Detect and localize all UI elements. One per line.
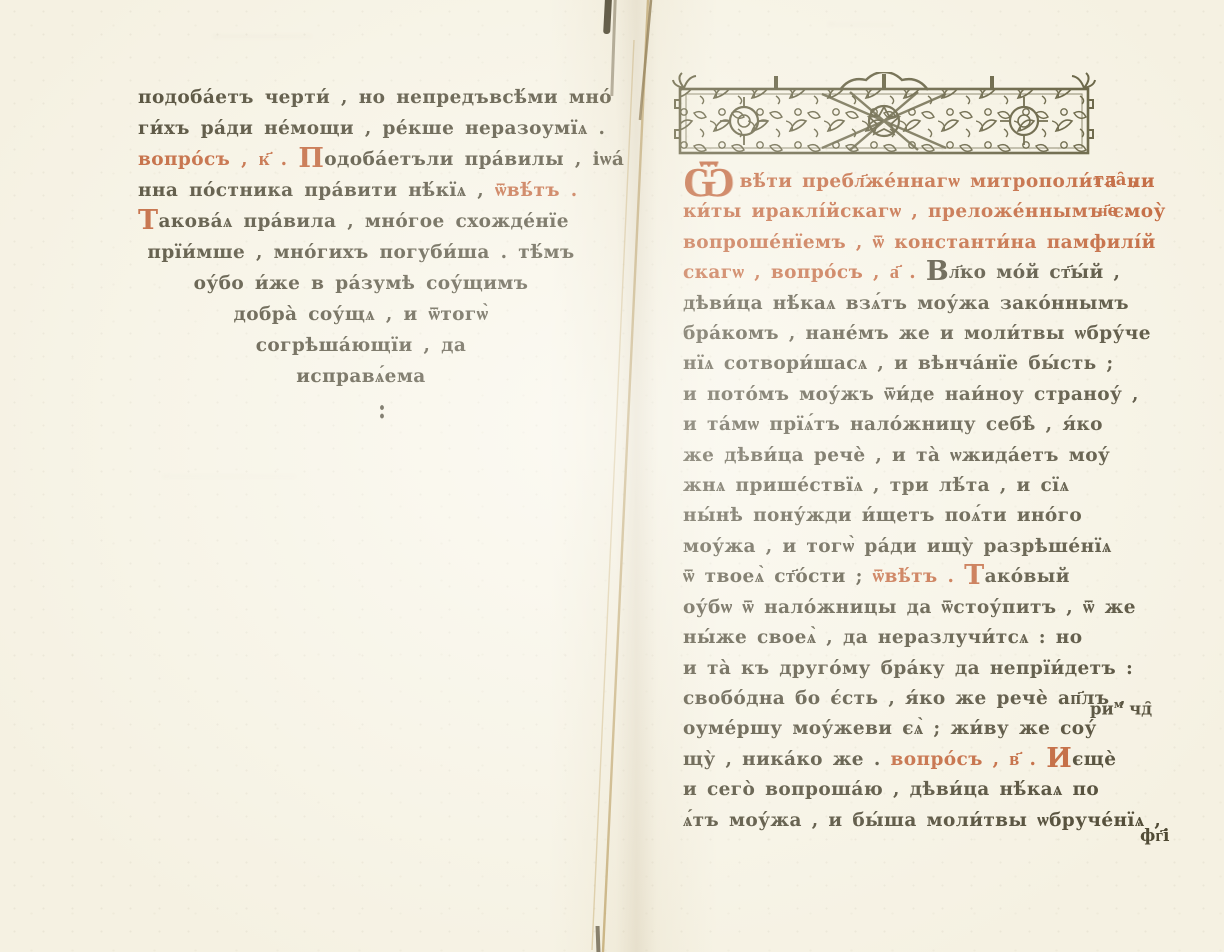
text-line: и пото́мъ моу́жъ ѿи́де наи́ноу страноу́ … — [683, 380, 1117, 410]
margin-note-scripture-ref: рим чд̑ — [1090, 698, 1152, 719]
text-segment: свобо́дна бо є́сть , я́ко же речѐ ап҃лъ … — [683, 688, 1126, 709]
text-line: ны́нѣ пону́жди и́щетъ поѧ́ти ино́го — [683, 501, 1117, 531]
text-line: скагѡ , вопро́съ , а҃ . Вл҃ко мо́й ст҃ы́… — [683, 258, 1117, 288]
text-segment: добра̀ соу́щѧ , и ѿтогѡ̀ — [234, 304, 489, 325]
text-segment: согрѣша́ющїи , да — [256, 335, 467, 356]
text-segment: оу́бо и́же в ра́зумѣ соу́щимъ — [194, 273, 529, 294]
initial-letter: П — [298, 143, 324, 174]
text-line: вопро́съ , к҃ . Подоба́етъли пра́вилы , … — [138, 144, 584, 175]
text-line: ны́же своеѧ̀ , да неразлучи́тсѧ : но — [683, 623, 1117, 653]
text-line: Ѿвѣ́ти пребл҃же́ннагѡ митрополи́та ни — [683, 167, 1117, 197]
text-segment: ны́нѣ пону́жди и́щетъ поѧ́ти ино́го — [683, 505, 1082, 526]
text-line: и та́мѡ прїѧ́тъ нало́жницу себѣ̀ , я́ко — [683, 410, 1117, 440]
text-segment: вопроше́нїемъ , ѿ константи́на памфилі́й — [683, 232, 1156, 253]
text-segment: нна по́стника пра́вити нѣ́кїѧ , — [138, 180, 495, 201]
left-page: подоба́етъ черти́ , но непредъвсѣ́ми мно… — [0, 0, 612, 952]
initial-letter: Т — [138, 205, 159, 236]
left-text-block: подоба́етъ черти́ , но непредъвсѣ́ми мно… — [138, 82, 584, 392]
text-segment: подоба́етъ черти́ , но непредъвсѣ́ми мно… — [138, 87, 612, 108]
text-segment: ги́хъ ра́ди не́мощи , ре́кше неразоумїѧ … — [138, 118, 605, 139]
scanned-book-spread: { "document_kind": "early-printed Church… — [0, 0, 1224, 952]
text-line: же дѣви́ца речѐ , и та̀ ѡжида́етъ моу́ — [683, 441, 1117, 471]
text-line: моу́жа , и тогѡ̀ ра́ди ищу̀ разрѣше́нїѧ — [683, 532, 1117, 562]
text-line: ки́ты ираклі́йскагѡ , преложе́ннымъ ємоу… — [683, 197, 1117, 227]
text-line: согрѣша́ющїи , да — [138, 330, 584, 361]
text-line: и та̀ къ друго́му бра́ку да непрїи́детъ … — [683, 654, 1117, 684]
margin-note-chapter: гла̑ , — [1094, 170, 1138, 189]
text-line: подоба́етъ черти́ , но непредъвсѣ́ми мно… — [138, 82, 584, 113]
text-line: нна по́стника пра́вити нѣ́кїѧ , ѿвѣ́тъ . — [138, 175, 584, 206]
text-segment: ѿвѣ́тъ . — [873, 566, 964, 587]
initial-letter: И — [1046, 743, 1072, 774]
text-line: исправѧ́ема — [138, 361, 584, 392]
text-segment: акова́ѧ пра́вила , мно́гое схожде́нїе — [159, 211, 569, 232]
text-segment: ѧ́тъ моу́жа , и бы́ша моли́твы ѡбруче́нї… — [683, 810, 1161, 831]
text-segment: моу́жа , и тогѡ̀ ра́ди ищу̀ разрѣше́нїѧ — [683, 536, 1112, 557]
margin-note-chapter-number: н҃е . — [1098, 201, 1130, 221]
text-segment: одоба́етъли пра́вилы , іѡа́ — [324, 149, 624, 170]
quire-signature: фг҃і — [1140, 826, 1170, 846]
text-line: нїѧ сотвори́шасѧ , и вѣнча́нїе бы́сть ; — [683, 349, 1117, 379]
text-segment: жнѧ прише́ствїѧ , три лѣ́та , и сїѧ — [683, 475, 1069, 496]
text-segment: и сего̀ вопроша́ю , дѣви́ца нѣ́каѧ по — [683, 779, 1099, 800]
text-segment: ки́ты ираклі́йскагѡ , преложе́ннымъ ємоу… — [683, 201, 1166, 222]
text-line: щу̀ , ника́ко же . вопро́съ , в҃ . Иєщѐ — [683, 745, 1117, 775]
woodcut-headpiece-ornament — [672, 72, 1096, 164]
text-line: прїи́мше , мно́гихъ погуби́ша . тѣ́мъ — [138, 237, 584, 268]
text-segment: щу̀ , ника́ко же . — [683, 749, 891, 770]
text-line: бра́комъ , нане́мъ же и моли́твы ѡбру́че — [683, 319, 1117, 349]
text-segment: оу́бѡ ѿ нало́жницы да ѿстоу́питъ , ѿ же — [683, 597, 1136, 618]
text-segment: вѣ́ти пребл҃же́ннагѡ митрополи́та ни — [740, 171, 1155, 192]
text-segment: оуме́ршу моу́жеви єѧ̀ ; жи́ву же соу́ — [683, 718, 1097, 739]
text-line: свобо́дна бо є́сть , я́ко же речѐ ап҃лъ … — [683, 684, 1117, 714]
text-segment: ѿ твоеѧ̀ ст҃о́сти ; — [683, 566, 873, 587]
tailpiece-mark: : — [138, 396, 584, 421]
text-line: дѣви́ца нѣ́каѧ взѧ́тъ моу́жа зако́ннымъ — [683, 289, 1117, 319]
text-segment: нїѧ сотвори́шасѧ , и вѣнча́нїе бы́сть ; — [683, 353, 1114, 374]
text-segment: ны́же своеѧ̀ , да неразлучи́тсѧ : но — [683, 627, 1083, 648]
text-line: Такова́ѧ пра́вила , мно́гое схожде́нїе — [138, 206, 584, 237]
text-line: жнѧ прише́ствїѧ , три лѣ́та , и сїѧ — [683, 471, 1117, 501]
initial-letter: В — [926, 256, 949, 287]
initial-letter: Т — [964, 560, 985, 591]
text-segment: прїи́мше , мно́гихъ погуби́ша . тѣ́мъ — [147, 242, 574, 263]
text-segment: ако́вый — [985, 566, 1070, 587]
text-line: добра̀ соу́щѧ , и ѿтогѡ̀ — [138, 299, 584, 330]
text-line: и сего̀ вопроша́ю , дѣви́ца нѣ́каѧ по — [683, 775, 1117, 805]
text-line: ѧ́тъ моу́жа , и бы́ша моли́твы ѡбруче́нї… — [683, 806, 1117, 836]
text-line: ѿ твоеѧ̀ ст҃о́сти ; ѿвѣ́тъ . Тако́вый — [683, 562, 1117, 592]
text-segment: дѣви́ца нѣ́каѧ взѧ́тъ моу́жа зако́ннымъ — [683, 293, 1129, 314]
text-line: ги́хъ ра́ди не́мощи , ре́кше неразоумїѧ … — [138, 113, 584, 144]
right-page: Ѿвѣ́ти пребл҃же́ннагѡ митрополи́та ники́… — [612, 0, 1224, 952]
text-line: оуме́ршу моу́жеви єѧ̀ ; жи́ву же соу́ — [683, 714, 1117, 744]
text-segment: бра́комъ , нане́мъ же и моли́твы ѡбру́че — [683, 323, 1151, 344]
text-segment: вопро́съ , в҃ . — [891, 749, 1047, 770]
text-segment: скагѡ , вопро́съ , а҃ . — [683, 262, 926, 283]
text-segment: исправѧ́ема — [296, 366, 425, 387]
text-segment: и пото́мъ моу́жъ ѿи́де наи́ноу страноу́ … — [683, 384, 1139, 405]
right-text-block: Ѿвѣ́ти пребл҃же́ннагѡ митрополи́та ники́… — [683, 167, 1117, 836]
text-segment: л҃ко мо́й ст҃ы́й , — [949, 262, 1120, 283]
text-segment: вопро́съ , к҃ . — [138, 149, 298, 170]
text-line: оу́бѡ ѿ нало́жницы да ѿстоу́питъ , ѿ же — [683, 593, 1117, 623]
text-segment: єщѐ — [1072, 749, 1116, 770]
text-segment: и та́мѡ прїѧ́тъ нало́жницу себѣ̀ , я́ко — [683, 414, 1103, 435]
text-segment: ѿвѣ́тъ . — [495, 180, 578, 201]
text-line: оу́бо и́же в ра́зумѣ соу́щимъ — [138, 268, 584, 299]
text-segment: же дѣви́ца речѐ , и та̀ ѡжида́етъ моу́ — [683, 445, 1110, 466]
text-line: вопроше́нїемъ , ѿ константи́на памфилі́й — [683, 228, 1117, 258]
text-segment: и та̀ къ друго́му бра́ку да непрїи́детъ … — [683, 658, 1133, 679]
